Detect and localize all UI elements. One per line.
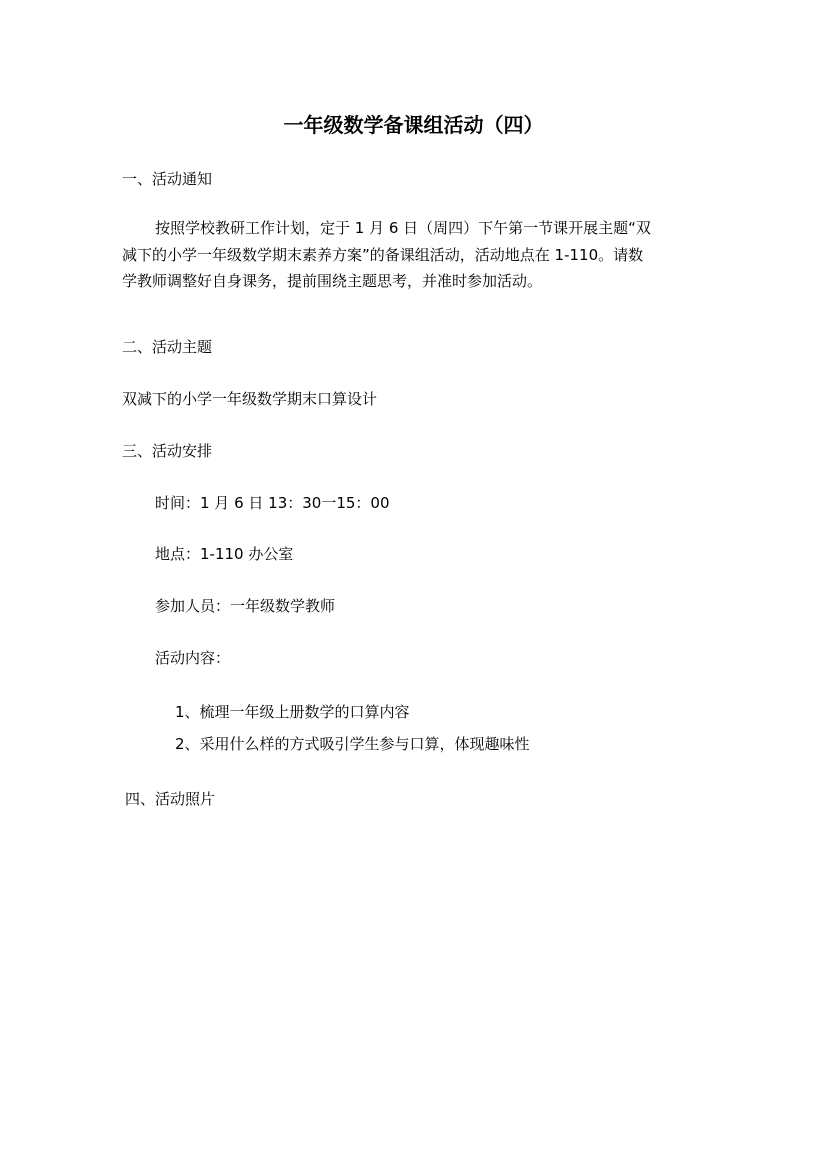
- arrangement-time: 时间：1 月 6 日 13：30一15：00: [155, 494, 390, 512]
- section-heading-theme: 二、活动主题: [122, 338, 212, 356]
- notice-line-2: 减下的小学一年级数学期末素养方案”的备课组活动，活动地点在 1-110。请数: [122, 242, 707, 269]
- arrangement-content-label: 活动内容：: [155, 649, 230, 667]
- document-title: 一年级数学备课组活动（四）: [0, 113, 827, 137]
- content-item-2: 2、采用什么样的方式吸引学生参与口算，体现趣味性: [175, 735, 530, 753]
- section-heading-notice: 一、活动通知: [122, 170, 212, 188]
- arrangement-place: 地点：1-110 办公室: [155, 545, 293, 563]
- notice-line-1: 按照学校教研工作计划，定于 1 月 6 日（周四）下午第一节课开展主题“双: [122, 215, 707, 242]
- notice-paragraph: 按照学校教研工作计划，定于 1 月 6 日（周四）下午第一节课开展主题“双 减下…: [122, 215, 707, 295]
- section-heading-photos: 四、活动照片: [125, 790, 215, 808]
- arrangement-participants: 参加人员：一年级数学教师: [155, 597, 335, 615]
- notice-line-3: 学教师调整好自身课务，提前围绕主题思考，并准时参加活动。: [122, 268, 707, 295]
- section-heading-arrangement: 三、活动安排: [122, 442, 212, 460]
- content-item-1: 1、梳理一年级上册数学的口算内容: [175, 703, 410, 721]
- theme-text: 双减下的小学一年级数学期末口算设计: [122, 390, 377, 408]
